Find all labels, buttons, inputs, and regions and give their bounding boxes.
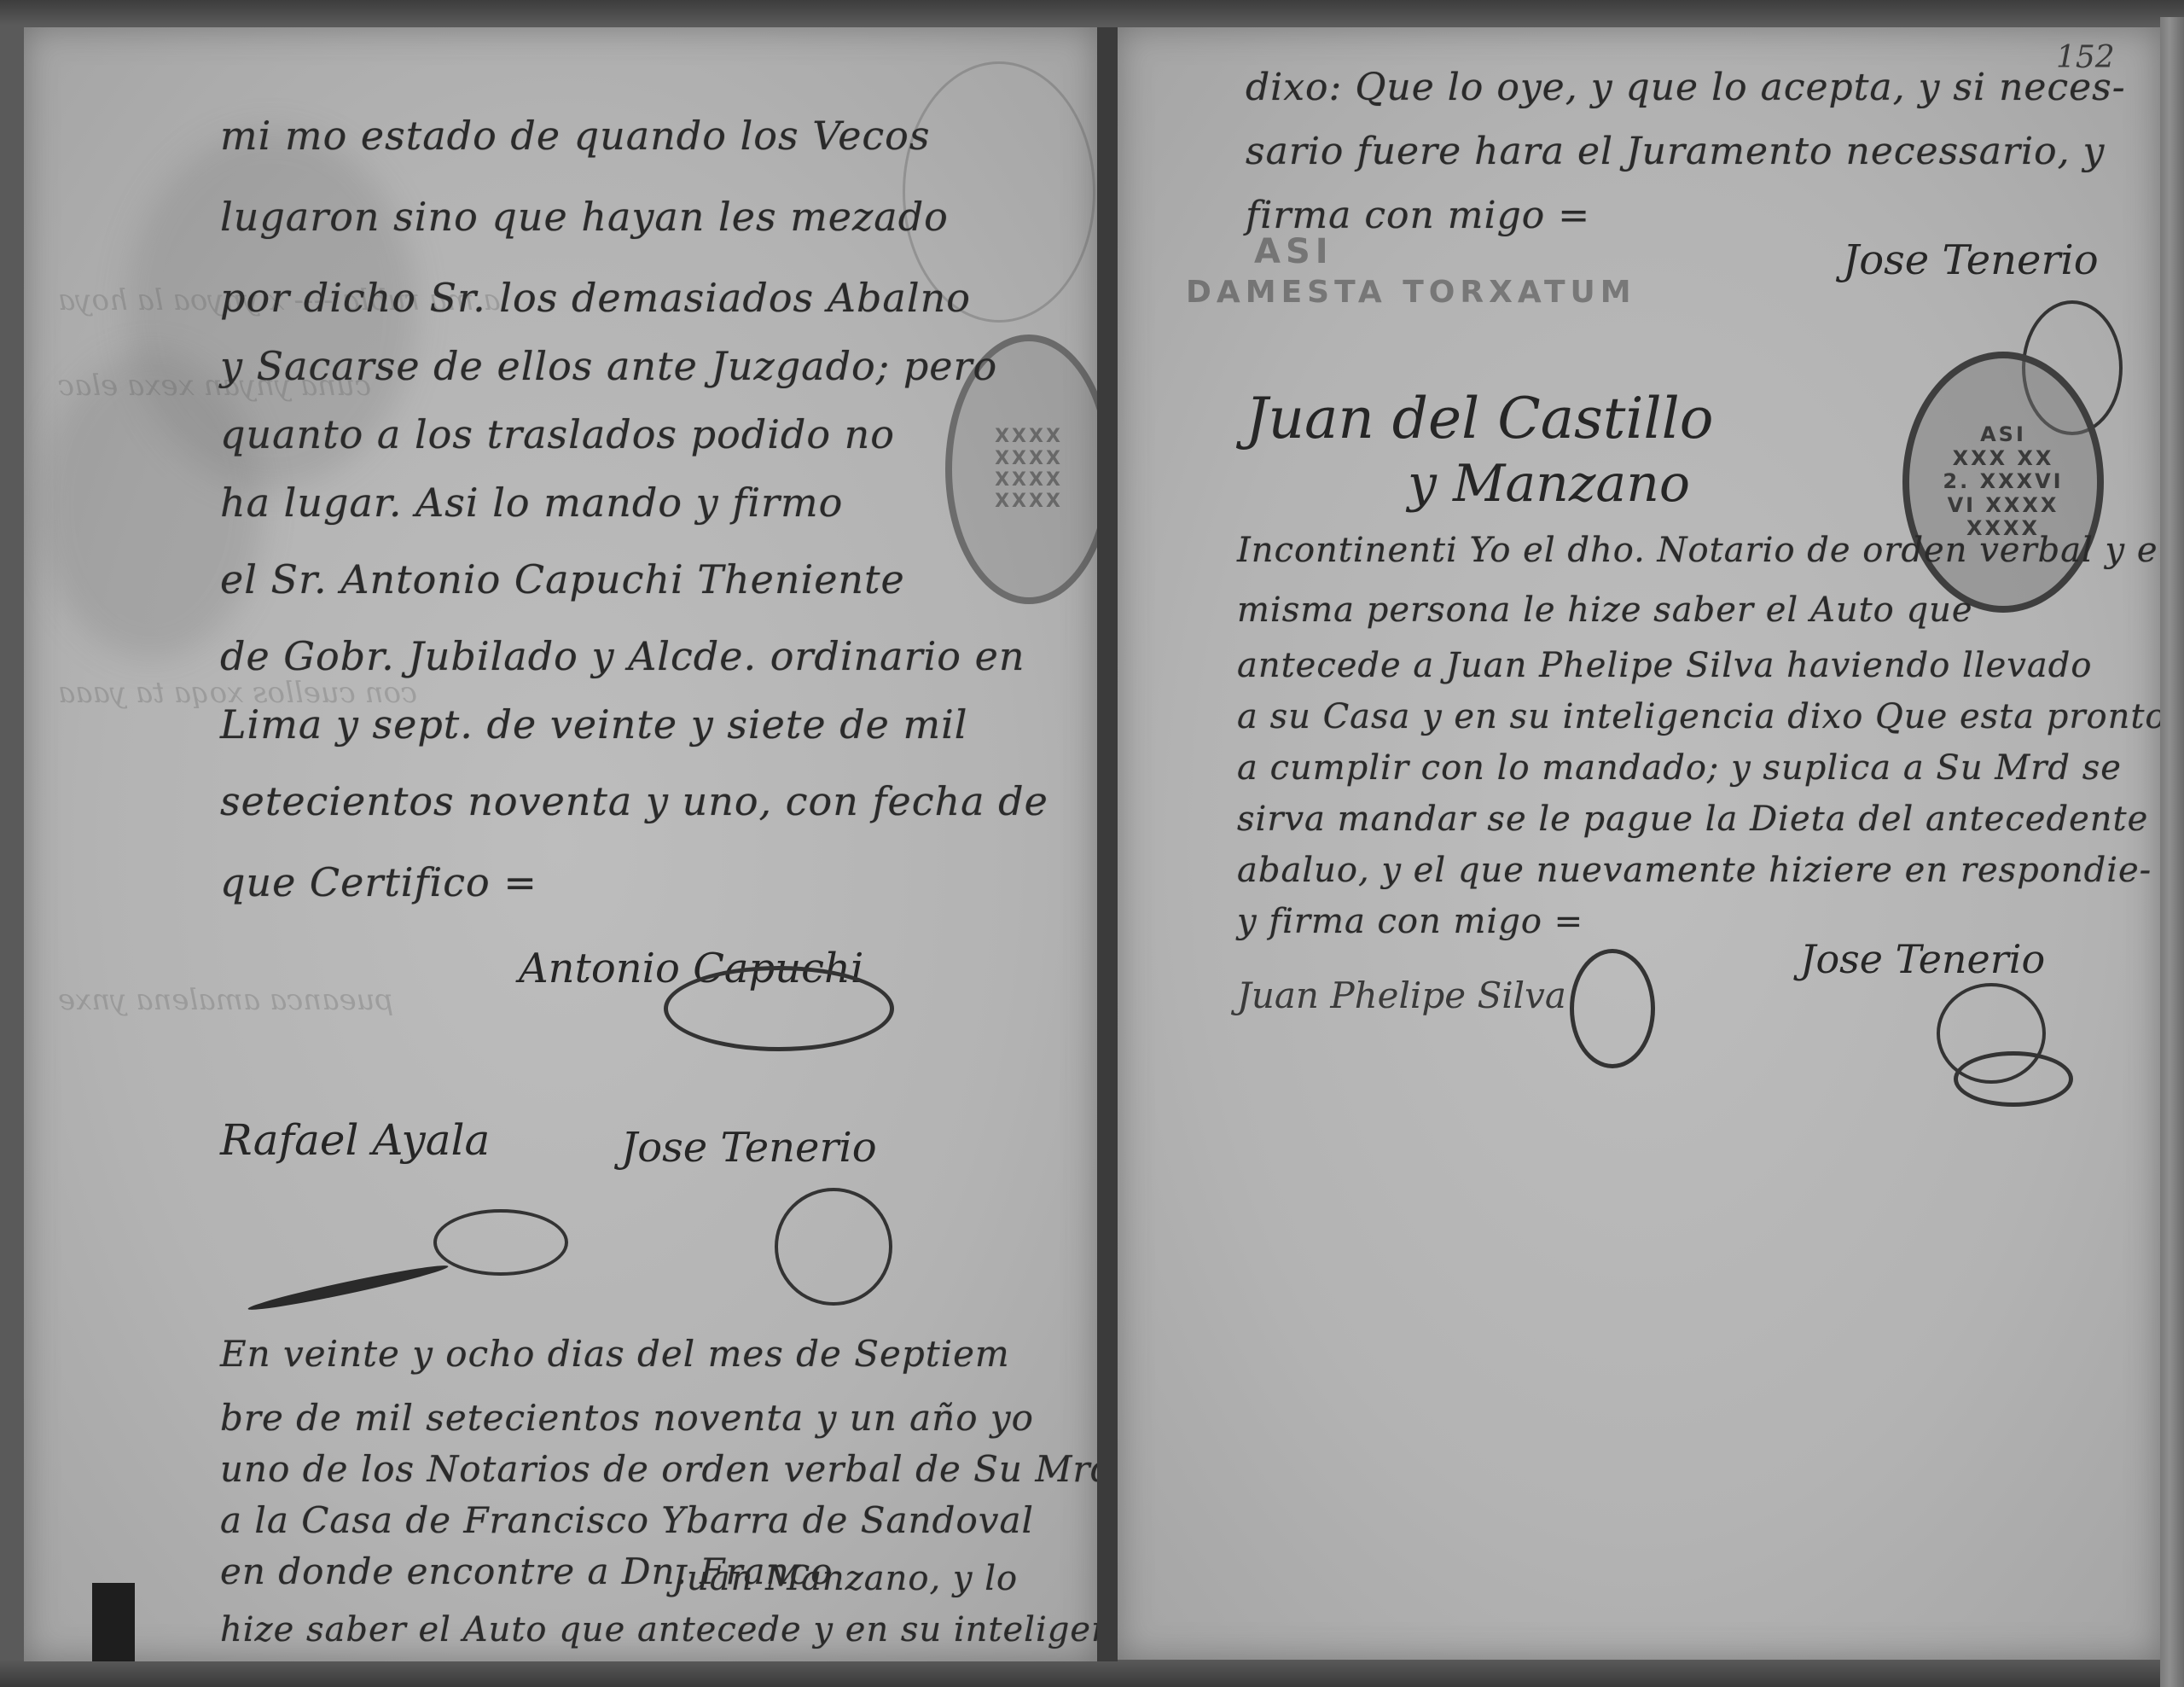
seal-text: 2. XXXVI xyxy=(1943,470,2063,494)
signature-jose-tenerio: Jose Tenerio xyxy=(1843,236,2099,284)
text-line: Incontinenti Yo el dho. Notario de orden… xyxy=(1237,531,2160,570)
text-line: Juan Manzano, y lo xyxy=(672,1559,1018,1598)
bleed-through-text: pueanca amalena ynxe xyxy=(58,983,393,1017)
seal-stamp-right: ASI XXX XX 2. XXXVI VI XXXX XXXX xyxy=(1902,352,2104,613)
text-line: Lima y sept. de veinte y siete de mil xyxy=(220,701,968,748)
signature-juan-phelipe-silva: Juan Phelipe Silva xyxy=(1237,974,1566,1016)
text-line: el Sr. Antonio Capuchi Theniente xyxy=(220,556,905,602)
seal-text: XXX XX xyxy=(1953,447,2054,471)
text-line: bre de mil setecientos noventa y un año … xyxy=(220,1397,1034,1439)
text-line: a la Casa de Francisco Ybarra de Sandova… xyxy=(220,1499,1034,1541)
document-scan: a ma rubla ---- x ynyoa la hoya cuna yny… xyxy=(0,0,2184,1687)
text-line: hize saber el Auto que antecede y en su … xyxy=(220,1610,1097,1649)
initial-flourish xyxy=(247,1260,450,1315)
text-line: antecede a Juan Phelipe Silva haviendo l… xyxy=(1237,646,2092,685)
text-line: y Sacarse de ellos ante Juzgado; pero xyxy=(220,343,997,389)
text-line: firma con migo = xyxy=(1246,194,1590,237)
rubric-flourish xyxy=(1954,1051,2073,1107)
text-line: ha lugar. Asi lo mando y firmo xyxy=(220,480,843,526)
text-line: lugaron sino que hayan les mezado xyxy=(220,194,949,240)
seal-text: ASI xyxy=(1980,423,2026,447)
text-line: uno de los Notarios de orden verbal de S… xyxy=(220,1448,1097,1490)
text-line: por dicho Sr. los demasiados Abalno xyxy=(220,275,971,321)
signature-manzano: y Manzano xyxy=(1408,454,1690,514)
text-line: En veinte y ocho dias del mes de Septiem xyxy=(220,1333,1010,1375)
rubric-flourish xyxy=(775,1188,892,1306)
text-line: mi mo estado de quando los Vecos xyxy=(220,113,931,159)
signature-juan-castillo: Juan del Castillo xyxy=(1246,386,1714,451)
signature-jose-tenerio: Jose Tenerio xyxy=(1800,936,2045,982)
signature-rafael-ayala: Rafael Ayala xyxy=(220,1115,490,1165)
text-line: sario fuere hara el Juramento necessario… xyxy=(1246,130,2105,173)
stamp-band-text: ASI xyxy=(1254,232,1333,271)
text-line: sirva mandar se le pague la Dieta del an… xyxy=(1237,800,2148,839)
text-line: setecientos noventa y uno, con fecha de xyxy=(220,778,1048,824)
text-line: misma persona le hize saber el Auto que xyxy=(1237,590,1973,630)
rubric-flourish xyxy=(664,966,894,1051)
stamp-band-text: DAMESTA TORXATUM xyxy=(1186,275,1636,310)
left-page: a ma rubla ---- x ynyoa la hoya cuna yny… xyxy=(24,27,1097,1661)
text-line: dixo: Que lo oye, y que lo acepta, y si … xyxy=(1246,66,2126,109)
text-line: de Gobr. Jubilado y Alcde. ordinario en xyxy=(220,633,1025,679)
text-line: abaluo, y el que nuevamente hiziere en r… xyxy=(1237,851,2152,890)
seal-text: VI XXXX xyxy=(1948,494,2059,518)
text-line: quanto a los traslados podido no xyxy=(220,411,895,457)
text-line: y firma con migo = xyxy=(1237,902,1583,941)
text-line: que Certifico = xyxy=(220,859,537,905)
binding-tab xyxy=(92,1583,135,1661)
right-page: 152 dixo: Que lo oye, y que lo acepta, y… xyxy=(1118,27,2160,1660)
signature-jose-tenerio: Jose Tenerio xyxy=(621,1124,877,1172)
page-edge xyxy=(2160,17,2184,1687)
text-line: a cumplir con lo mandado; y suplica a Su… xyxy=(1237,748,2122,788)
book-gutter xyxy=(1097,27,1118,1661)
text-line: a su Casa y en su inteligencia dixo Que … xyxy=(1237,697,2160,736)
rubric-flourish xyxy=(1570,949,1655,1068)
rubric-flourish xyxy=(433,1209,568,1276)
